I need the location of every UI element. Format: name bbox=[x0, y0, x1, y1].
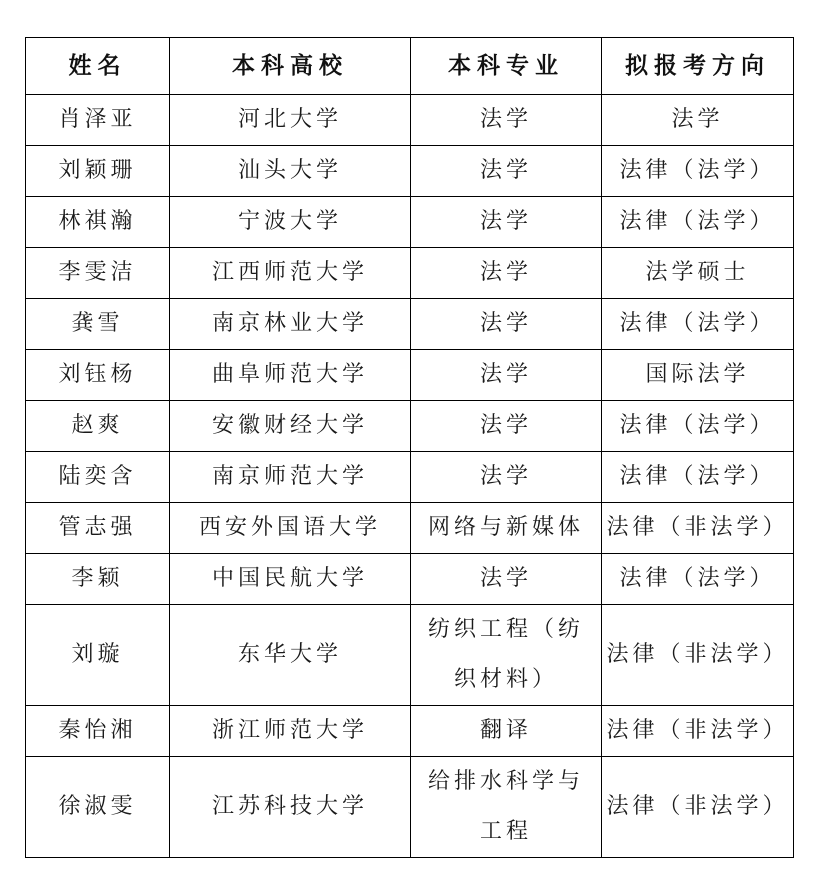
cell-school: 江苏科技大学 bbox=[170, 757, 411, 858]
cell-major: 纺织工程（纺 织材料） bbox=[411, 605, 602, 706]
table-row: 龚雪 南京林业大学 法学 法律（法学） bbox=[26, 299, 794, 350]
cell-school: 曲阜师范大学 bbox=[170, 350, 411, 401]
cell-major-line: 织材料） bbox=[413, 655, 599, 705]
cell-direction: 法律（非法学） bbox=[602, 503, 794, 554]
table-row: 刘颖珊 汕头大学 法学 法律（法学） bbox=[26, 146, 794, 197]
cell-name: 李雯洁 bbox=[26, 248, 170, 299]
table-row: 刘钰杨 曲阜师范大学 法学 国际法学 bbox=[26, 350, 794, 401]
cell-direction: 法学 bbox=[602, 95, 794, 146]
cell-major: 网络与新媒体 bbox=[411, 503, 602, 554]
table-row: 管志强 西安外国语大学 网络与新媒体 法律（非法学） bbox=[26, 503, 794, 554]
header-major: 本科专业 bbox=[411, 38, 602, 95]
table-row: 林祺瀚 宁波大学 法学 法律（法学） bbox=[26, 197, 794, 248]
cell-direction: 法律（法学） bbox=[602, 299, 794, 350]
cell-school: 宁波大学 bbox=[170, 197, 411, 248]
cell-major-line: 给排水科学与 bbox=[413, 757, 599, 807]
cell-major: 法学 bbox=[411, 299, 602, 350]
cell-direction: 法律（法学） bbox=[602, 452, 794, 503]
cell-name: 赵爽 bbox=[26, 401, 170, 452]
cell-direction: 法律（非法学） bbox=[602, 605, 794, 706]
cell-major: 法学 bbox=[411, 197, 602, 248]
table-row: 徐淑雯 江苏科技大学 给排水科学与 工程 法律（非法学） bbox=[26, 757, 794, 858]
cell-name: 秦怡湘 bbox=[26, 706, 170, 757]
table-row: 刘璇 东华大学 纺织工程（纺 织材料） 法律（非法学） bbox=[26, 605, 794, 706]
cell-major-line: 纺织工程（纺 bbox=[413, 605, 599, 655]
cell-direction: 法律（非法学） bbox=[602, 757, 794, 858]
cell-direction: 法律（法学） bbox=[602, 554, 794, 605]
cell-name: 刘璇 bbox=[26, 605, 170, 706]
cell-major: 给排水科学与 工程 bbox=[411, 757, 602, 858]
cell-school: 河北大学 bbox=[170, 95, 411, 146]
student-roster-table: 姓名 本科高校 本科专业 拟报考方向 肖泽亚 河北大学 法学 法学 刘颖珊 汕头… bbox=[25, 37, 794, 858]
cell-school: 东华大学 bbox=[170, 605, 411, 706]
cell-major-line: 工程 bbox=[413, 807, 599, 857]
cell-major: 法学 bbox=[411, 401, 602, 452]
cell-major: 法学 bbox=[411, 350, 602, 401]
cell-name: 李颖 bbox=[26, 554, 170, 605]
cell-name: 龚雪 bbox=[26, 299, 170, 350]
cell-school: 南京师范大学 bbox=[170, 452, 411, 503]
cell-major: 法学 bbox=[411, 452, 602, 503]
cell-name: 徐淑雯 bbox=[26, 757, 170, 858]
cell-school: 西安外国语大学 bbox=[170, 503, 411, 554]
cell-school: 汕头大学 bbox=[170, 146, 411, 197]
cell-major: 翻译 bbox=[411, 706, 602, 757]
cell-direction: 法学硕士 bbox=[602, 248, 794, 299]
table-row: 肖泽亚 河北大学 法学 法学 bbox=[26, 95, 794, 146]
cell-direction: 法律（法学） bbox=[602, 401, 794, 452]
cell-major: 法学 bbox=[411, 146, 602, 197]
cell-major: 法学 bbox=[411, 95, 602, 146]
header-name: 姓名 bbox=[26, 38, 170, 95]
cell-name: 陆奕含 bbox=[26, 452, 170, 503]
header-row: 姓名 本科高校 本科专业 拟报考方向 bbox=[26, 38, 794, 95]
cell-school: 江西师范大学 bbox=[170, 248, 411, 299]
cell-name: 林祺瀚 bbox=[26, 197, 170, 248]
cell-school: 南京林业大学 bbox=[170, 299, 411, 350]
cell-direction: 国际法学 bbox=[602, 350, 794, 401]
cell-name: 刘颖珊 bbox=[26, 146, 170, 197]
cell-major: 法学 bbox=[411, 554, 602, 605]
cell-name: 管志强 bbox=[26, 503, 170, 554]
cell-school: 中国民航大学 bbox=[170, 554, 411, 605]
header-direction: 拟报考方向 bbox=[602, 38, 794, 95]
header-school: 本科高校 bbox=[170, 38, 411, 95]
cell-school: 安徽财经大学 bbox=[170, 401, 411, 452]
table-row: 赵爽 安徽财经大学 法学 法律（法学） bbox=[26, 401, 794, 452]
cell-direction: 法律（法学） bbox=[602, 197, 794, 248]
cell-direction: 法律（法学） bbox=[602, 146, 794, 197]
cell-school: 浙江师范大学 bbox=[170, 706, 411, 757]
cell-direction: 法律（非法学） bbox=[602, 706, 794, 757]
cell-major: 法学 bbox=[411, 248, 602, 299]
table-row: 李颖 中国民航大学 法学 法律（法学） bbox=[26, 554, 794, 605]
table-row: 陆奕含 南京师范大学 法学 法律（法学） bbox=[26, 452, 794, 503]
table-row: 李雯洁 江西师范大学 法学 法学硕士 bbox=[26, 248, 794, 299]
cell-name: 肖泽亚 bbox=[26, 95, 170, 146]
table-row: 秦怡湘 浙江师范大学 翻译 法律（非法学） bbox=[26, 706, 794, 757]
cell-name: 刘钰杨 bbox=[26, 350, 170, 401]
